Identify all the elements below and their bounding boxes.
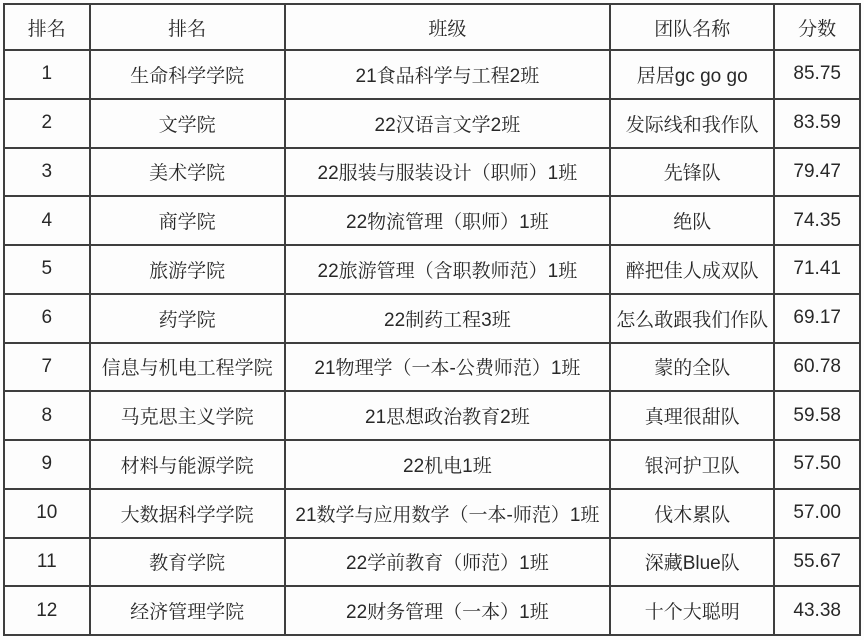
class-cell: 21物理学（一本-公费师范）1班 bbox=[285, 343, 610, 392]
team-cell: 醉把佳人成双队 bbox=[610, 245, 774, 294]
team-cell: 银河护卫队 bbox=[610, 440, 774, 489]
score-cell: 79.47 bbox=[774, 148, 860, 197]
table-row: 2 文学院 22汉语言文学2班 发际线和我作队 83.59 bbox=[4, 99, 860, 148]
class-cell: 22汉语言文学2班 bbox=[285, 99, 610, 148]
rank-cell: 7 bbox=[4, 343, 90, 392]
table-row: 8 马克思主义学院 21思想政治教育2班 真理很甜队 59.58 bbox=[4, 391, 860, 440]
table-row: 12 经济管理学院 22财务管理（一本）1班 十个大聪明 43.38 bbox=[4, 586, 860, 635]
rank-cell: 1 bbox=[4, 50, 90, 99]
score-cell: 71.41 bbox=[774, 245, 860, 294]
college-cell: 经济管理学院 bbox=[90, 586, 285, 635]
team-cell: 先锋队 bbox=[610, 148, 774, 197]
team-cell: 居居gc go go bbox=[610, 50, 774, 99]
rank-cell: 10 bbox=[4, 489, 90, 538]
college-cell: 教育学院 bbox=[90, 538, 285, 587]
college-cell: 美术学院 bbox=[90, 148, 285, 197]
header-row: 排名 排名 班级 团队名称 分数 bbox=[4, 4, 860, 50]
rank-cell: 12 bbox=[4, 586, 90, 635]
college-cell: 旅游学院 bbox=[90, 245, 285, 294]
header-college: 排名 bbox=[90, 4, 285, 50]
college-cell: 生命科学学院 bbox=[90, 50, 285, 99]
class-cell: 22服装与服装设计（职师）1班 bbox=[285, 148, 610, 197]
table-row: 7 信息与机电工程学院 21物理学（一本-公费师范）1班 蒙的全队 60.78 bbox=[4, 343, 860, 392]
score-cell: 55.67 bbox=[774, 538, 860, 587]
class-cell: 22机电1班 bbox=[285, 440, 610, 489]
class-cell: 22旅游管理（含职教师范）1班 bbox=[285, 245, 610, 294]
table-row: 11 教育学院 22学前教育（师范）1班 深藏Blue队 55.67 bbox=[4, 538, 860, 587]
team-cell: 十个大聪明 bbox=[610, 586, 774, 635]
table-row: 9 材料与能源学院 22机电1班 银河护卫队 57.50 bbox=[4, 440, 860, 489]
table-row: 4 商学院 22物流管理（职师）1班 绝队 74.35 bbox=[4, 196, 860, 245]
table-row: 1 生命科学学院 21食品科学与工程2班 居居gc go go 85.75 bbox=[4, 50, 860, 99]
college-cell: 材料与能源学院 bbox=[90, 440, 285, 489]
score-cell: 83.59 bbox=[774, 99, 860, 148]
rank-cell: 9 bbox=[4, 440, 90, 489]
college-cell: 大数据科学学院 bbox=[90, 489, 285, 538]
ranking-table-page: 排名 排名 班级 团队名称 分数 1 生命科学学院 21食品科学与工程2班 居居… bbox=[0, 0, 864, 640]
rank-cell: 4 bbox=[4, 196, 90, 245]
team-cell: 怎么敢跟我们作队 bbox=[610, 294, 774, 343]
table-row: 3 美术学院 22服装与服装设计（职师）1班 先锋队 79.47 bbox=[4, 148, 860, 197]
class-cell: 22财务管理（一本）1班 bbox=[285, 586, 610, 635]
class-cell: 21食品科学与工程2班 bbox=[285, 50, 610, 99]
team-cell: 发际线和我作队 bbox=[610, 99, 774, 148]
team-cell: 伐木累队 bbox=[610, 489, 774, 538]
score-cell: 57.50 bbox=[774, 440, 860, 489]
table-row: 5 旅游学院 22旅游管理（含职教师范）1班 醉把佳人成双队 71.41 bbox=[4, 245, 860, 294]
score-cell: 60.78 bbox=[774, 343, 860, 392]
ranking-table: 排名 排名 班级 团队名称 分数 1 生命科学学院 21食品科学与工程2班 居居… bbox=[3, 3, 861, 636]
header-rank: 排名 bbox=[4, 4, 90, 50]
score-cell: 85.75 bbox=[774, 50, 860, 99]
team-cell: 绝队 bbox=[610, 196, 774, 245]
college-cell: 马克思主义学院 bbox=[90, 391, 285, 440]
class-cell: 22学前教育（师范）1班 bbox=[285, 538, 610, 587]
rank-cell: 11 bbox=[4, 538, 90, 587]
class-cell: 22制药工程3班 bbox=[285, 294, 610, 343]
team-cell: 蒙的全队 bbox=[610, 343, 774, 392]
rank-cell: 3 bbox=[4, 148, 90, 197]
header-score: 分数 bbox=[774, 4, 860, 50]
table-row: 10 大数据科学学院 21数学与应用数学（一本-师范）1班 伐木累队 57.00 bbox=[4, 489, 860, 538]
class-cell: 21思想政治教育2班 bbox=[285, 391, 610, 440]
class-cell: 21数学与应用数学（一本-师范）1班 bbox=[285, 489, 610, 538]
rank-cell: 5 bbox=[4, 245, 90, 294]
score-cell: 69.17 bbox=[774, 294, 860, 343]
header-team: 团队名称 bbox=[610, 4, 774, 50]
rank-cell: 8 bbox=[4, 391, 90, 440]
college-cell: 文学院 bbox=[90, 99, 285, 148]
class-cell: 22物流管理（职师）1班 bbox=[285, 196, 610, 245]
rank-cell: 6 bbox=[4, 294, 90, 343]
college-cell: 药学院 bbox=[90, 294, 285, 343]
rank-cell: 2 bbox=[4, 99, 90, 148]
score-cell: 57.00 bbox=[774, 489, 860, 538]
table-row: 6 药学院 22制药工程3班 怎么敢跟我们作队 69.17 bbox=[4, 294, 860, 343]
score-cell: 43.38 bbox=[774, 586, 860, 635]
college-cell: 商学院 bbox=[90, 196, 285, 245]
team-cell: 深藏Blue队 bbox=[610, 538, 774, 587]
college-cell: 信息与机电工程学院 bbox=[90, 343, 285, 392]
score-cell: 74.35 bbox=[774, 196, 860, 245]
team-cell: 真理很甜队 bbox=[610, 391, 774, 440]
score-cell: 59.58 bbox=[774, 391, 860, 440]
header-class: 班级 bbox=[285, 4, 610, 50]
